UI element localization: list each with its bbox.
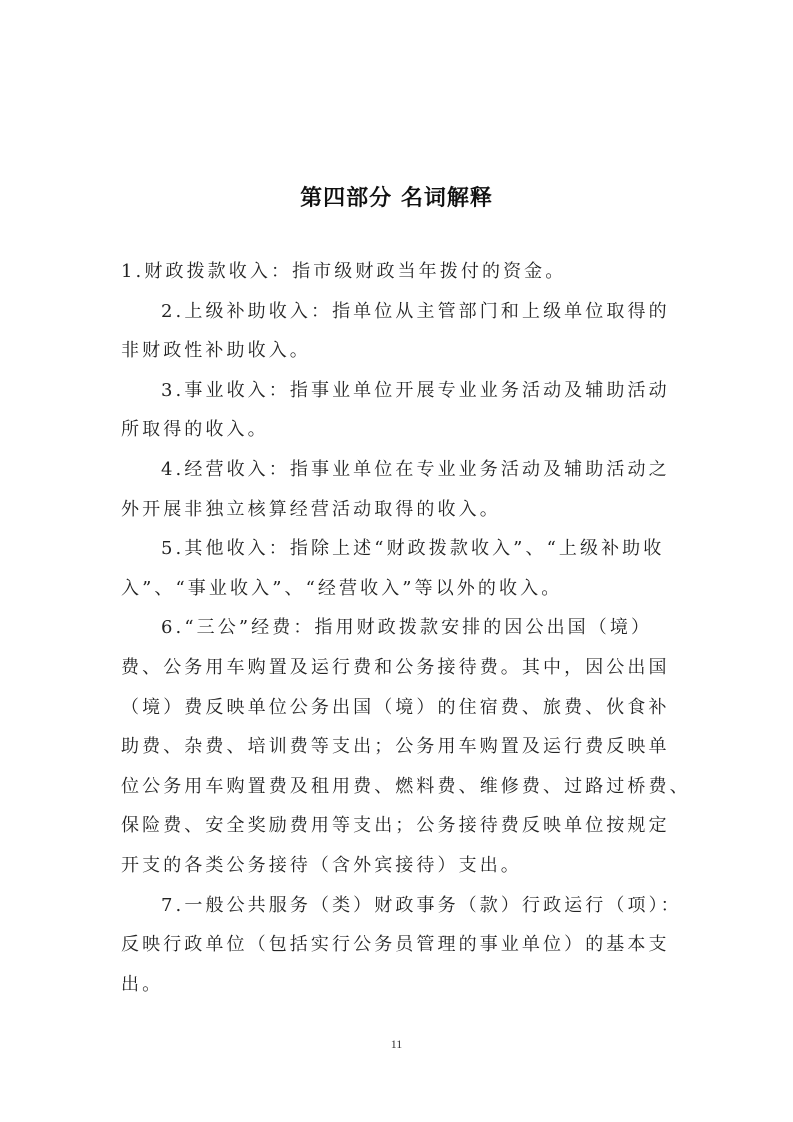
glossary-body: 1.财政拨款收入：指市级财政当年拨付的资金。 2.上级补助收入：指单位从主管部门… [121,258,681,1010]
entry-5-line-1: 5.其他收入：指除上述“财政拨款收入”、“上级补助收 [121,535,681,575]
entry-5-line-2: 入”、“事业收入”、“经营收入”等以外的收入。 [121,575,681,615]
page-number: 11 [0,1037,793,1052]
entry-3-line-1: 3.事业收入：指事业单位开展专业业务活动及辅助活动 [121,377,681,417]
entry-6-line-3: （境）费反映单位公务出国（境）的住宿费、旅费、伙食补 [121,694,681,734]
entry-7-line-2: 反映行政单位（包括实行公务员管理的事业单位）的基本支 [121,931,681,971]
entry-4-line-2: 外开展非独立核算经营活动取得的收入。 [121,496,681,536]
entry-3-line-2: 所取得的收入。 [121,416,681,456]
entry-6-line-5: 位公务用车购置费及租用费、燃料费、维修费、过路过桥费、 [121,773,681,813]
entry-4-line-1: 4.经营收入：指事业单位在专业业务活动及辅助活动之 [121,456,681,496]
entry-1-line-1: 1.财政拨款收入：指市级财政当年拨付的资金。 [121,258,681,298]
page-title: 第四部分 名词解释 [0,184,793,214]
entry-2-line-2: 非财政性补助收入。 [121,337,681,377]
entry-6-line-4: 助费、杂费、培训费等支出；公务用车购置及运行费反映单 [121,733,681,773]
entry-7-line-1: 7.一般公共服务（类）财政事务（款）行政运行（项）： [121,892,681,932]
entry-2-line-1: 2.上级补助收入：指单位从主管部门和上级单位取得的 [121,298,681,338]
entry-7-line-3: 出。 [121,971,681,1011]
entry-6-line-1: 6.“三公”经费：指用财政拨款安排的因公出国（境） [121,614,681,654]
entry-6-line-7: 开支的各类公务接待（含外宾接待）支出。 [121,852,681,892]
entry-6-line-6: 保险费、安全奖励费用等支出；公务接待费反映单位按规定 [121,812,681,852]
entry-6-line-2: 费、公务用车购置及运行费和公务接待费。其中，因公出国 [121,654,681,694]
